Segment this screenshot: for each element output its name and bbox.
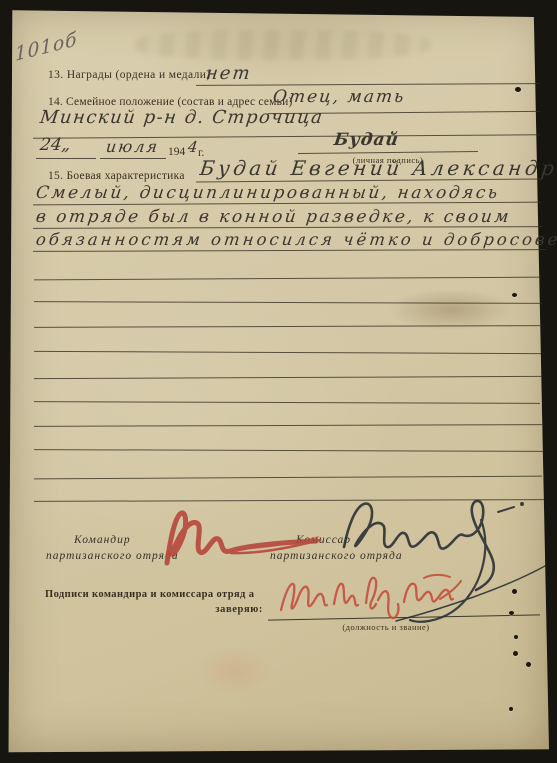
commissar-signature (344, 501, 545, 622)
paper-hole (509, 707, 513, 711)
paper-hole (526, 662, 531, 667)
paper-hole (509, 611, 514, 615)
paper-hole (512, 293, 517, 297)
paper-hole (512, 589, 517, 594)
paper-hole (513, 651, 518, 656)
paper-hole (515, 87, 521, 92)
certifier-signature (281, 575, 461, 618)
signatures-layer (0, 0, 557, 763)
scanned-document-page: { "page": { "archive_number": "101об" },… (0, 0, 557, 763)
paper-hole (514, 635, 518, 639)
commander-signature (167, 513, 320, 563)
